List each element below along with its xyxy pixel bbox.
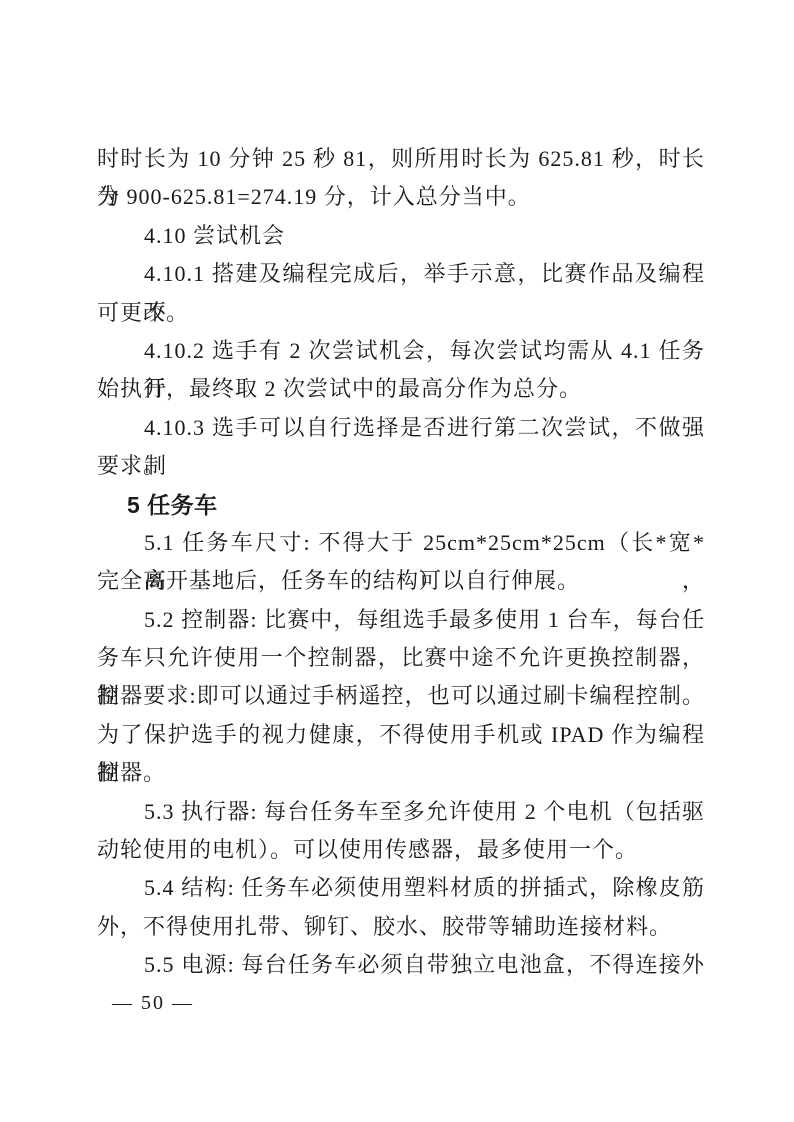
- document-line: 5 任务车: [97, 486, 705, 524]
- document-line: 动轮使用的电机）。可以使用传感器，最多使用一个。: [97, 831, 705, 869]
- document-line: 4.10.3 选手可以自行选择是否进行第二次尝试，不做强制: [97, 409, 705, 447]
- document-line: 始执行，最终取 2 次尝试中的最高分作为总分。: [97, 370, 705, 408]
- document-line: 4.10.2 选手有 2 次尝试机会，每次尝试均需从 4.1 任务开: [97, 332, 705, 370]
- document-page: 时时长为 10 分钟 25 秒 81，则所用时长为 625.81 秒，时长分为 …: [0, 0, 794, 1122]
- document-line: 为 900-625.81=274.19 分，计入总分当中。: [97, 178, 705, 216]
- page-number: — 50 —: [112, 992, 194, 1015]
- document-line: 4.10 尝试机会: [97, 217, 705, 255]
- document-line: 5.3 执行器: 每台任务车至多允许使用 2 个电机（包括驱: [97, 793, 705, 831]
- document-line: 务车只允许使用一个控制器，比赛中途不允许更换控制器，控: [97, 639, 705, 677]
- document-line: 制器要求:即可以通过手柄遥控，也可以通过刷卡编程控制。: [97, 677, 705, 715]
- document-line: 外，不得使用扎带、铆钉、胶水、胶带等辅助连接材料。: [97, 908, 705, 946]
- document-line: 4.10.1 搭建及编程完成后，举手示意，比赛作品及编程不: [97, 255, 705, 293]
- document-line: 可更改。: [97, 294, 705, 332]
- document-line: 要求。: [97, 447, 705, 485]
- document-line: 时时长为 10 分钟 25 秒 81，则所用时长为 625.81 秒，时长分: [97, 140, 705, 178]
- document-line: 为了保护选手的视力健康，不得使用手机或 IPAD 作为编程控: [97, 716, 705, 754]
- document-line: 5.4 结构: 任务车必须使用塑料材质的拼插式，除橡皮筋: [97, 869, 705, 907]
- document-line: 5.2 控制器: 比赛中，每组选手最多使用 1 台车，每台任: [97, 601, 705, 639]
- document-line: 5.1 任务车尺寸: 不得大于 25cm*25cm*25cm（长*宽*高），: [97, 524, 705, 562]
- document-line: 5.5 电源: 每台任务车必须自带独立电池盒，不得连接外: [97, 946, 705, 984]
- document-line: 制器。: [97, 754, 705, 792]
- document-body: 时时长为 10 分钟 25 秒 81，则所用时长为 625.81 秒，时长分为 …: [97, 140, 705, 985]
